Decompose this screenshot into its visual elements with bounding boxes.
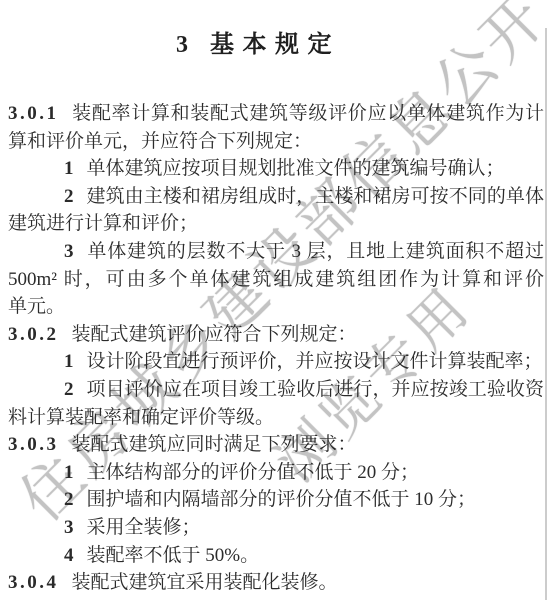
line-text: 单体建筑的层数不大于 3 层，且地上建筑面积不超过 xyxy=(87,241,545,262)
line-text: 围护墙和内隔墙部分的评价分值不低于 10 分； xyxy=(87,489,477,510)
chapter-name: 基本规定 xyxy=(210,32,340,58)
item-number: 3 xyxy=(64,241,74,262)
item-line: 3采用全装修； xyxy=(8,514,544,542)
line-text: 建筑由主楼和裙房组成时，主楼和裙房可按不同的单体 xyxy=(87,186,545,207)
clause-line: 3.0.3装配式建筑应同时满足下列要求： xyxy=(8,431,544,459)
line-text: 算和评价单元，并应符合下列规定： xyxy=(8,131,312,152)
clause-number: 3.0.3 xyxy=(8,434,59,455)
item-line: 3单体建筑的层数不大于 3 层，且地上建筑面积不超过 xyxy=(8,238,544,266)
line-text: 主体结构部分的评价分值不低于 20 分； xyxy=(87,462,420,483)
page-edge-line xyxy=(545,28,547,600)
line-text: 采用全装修； xyxy=(87,517,201,538)
item-number: 1 xyxy=(64,351,74,372)
line-text: 项目评价应在项目竣工验收后进行，并应按竣工验收资 xyxy=(87,379,545,400)
item-line: 料计算装配率和确定评价等级。 xyxy=(8,404,544,432)
item-line: 2围护墙和内隔墙部分的评价分值不低于 10 分； xyxy=(8,486,544,514)
item-line: 1单体建筑应按项目规划批准文件的建筑编号确认； xyxy=(8,155,544,183)
line-text: 500m² 时，可由多个单体建筑组成建筑组团作为计算和评价 xyxy=(8,269,544,290)
clause-number: 3.0.4 xyxy=(8,572,59,593)
item-number: 1 xyxy=(64,158,74,179)
line-text: 单体建筑应按项目规划批准文件的建筑编号确认； xyxy=(87,158,505,179)
document-page: 住房城乡建设部信息公开 浏览专用 3基本规定 3.0.1装配率计算和装配式建筑等… xyxy=(0,0,552,600)
item-number: 2 xyxy=(64,489,74,510)
item-line: 4装配率不低于 50%。 xyxy=(8,542,544,570)
item-line: 建筑进行计算和评价； xyxy=(8,210,544,238)
document-body: 3.0.1装配率计算和装配式建筑等级评价应以单体建筑作为计算和评价单元，并应符合… xyxy=(8,100,544,597)
line-text: 建筑进行计算和评价； xyxy=(8,213,198,234)
clause-number: 3.0.2 xyxy=(8,324,59,345)
item-number: 2 xyxy=(64,379,74,400)
item-number: 4 xyxy=(64,545,74,566)
item-line: 2建筑由主楼和裙房组成时，主楼和裙房可按不同的单体 xyxy=(8,183,544,211)
line-text: 装配率不低于 50%。 xyxy=(87,545,260,566)
item-line: 1设计阶段宜进行预评价，并应按设计文件计算装配率； xyxy=(8,348,544,376)
item-line: 单元。 xyxy=(8,293,544,321)
clause-number: 3.0.1 xyxy=(8,103,59,124)
item-line: 1主体结构部分的评价分值不低于 20 分； xyxy=(8,459,544,487)
chapter-title: 3基本规定 xyxy=(0,24,516,59)
line-text: 装配率计算和装配式建筑等级评价应以单体建筑作为计 xyxy=(72,103,545,124)
clause-line: 3.0.2装配式建筑评价应符合下列规定： xyxy=(8,321,544,349)
line-text: 设计阶段宜进行预评价，并应按设计文件计算装配率； xyxy=(87,351,543,372)
item-line: 2项目评价应在项目竣工验收后进行，并应按竣工验收资 xyxy=(8,376,544,404)
item-number: 3 xyxy=(64,517,74,538)
line-text: 装配式建筑应同时满足下列要求： xyxy=(72,434,357,455)
clause-line: 3.0.4装配式建筑宜采用装配化装修。 xyxy=(8,569,544,597)
line-text: 单元。 xyxy=(8,296,65,317)
chapter-number: 3 xyxy=(176,32,188,58)
clause-line: 3.0.1装配率计算和装配式建筑等级评价应以单体建筑作为计 xyxy=(8,100,544,128)
item-number: 1 xyxy=(64,462,74,483)
item-line: 500m² 时，可由多个单体建筑组成建筑组团作为计算和评价 xyxy=(8,266,544,294)
line-text: 装配式建筑宜采用装配化装修。 xyxy=(72,572,338,593)
line-text: 装配式建筑评价应符合下列规定： xyxy=(72,324,357,345)
clause-line: 算和评价单元，并应符合下列规定： xyxy=(8,128,544,156)
item-number: 2 xyxy=(64,186,74,207)
line-text: 料计算装配率和确定评价等级。 xyxy=(8,407,274,428)
